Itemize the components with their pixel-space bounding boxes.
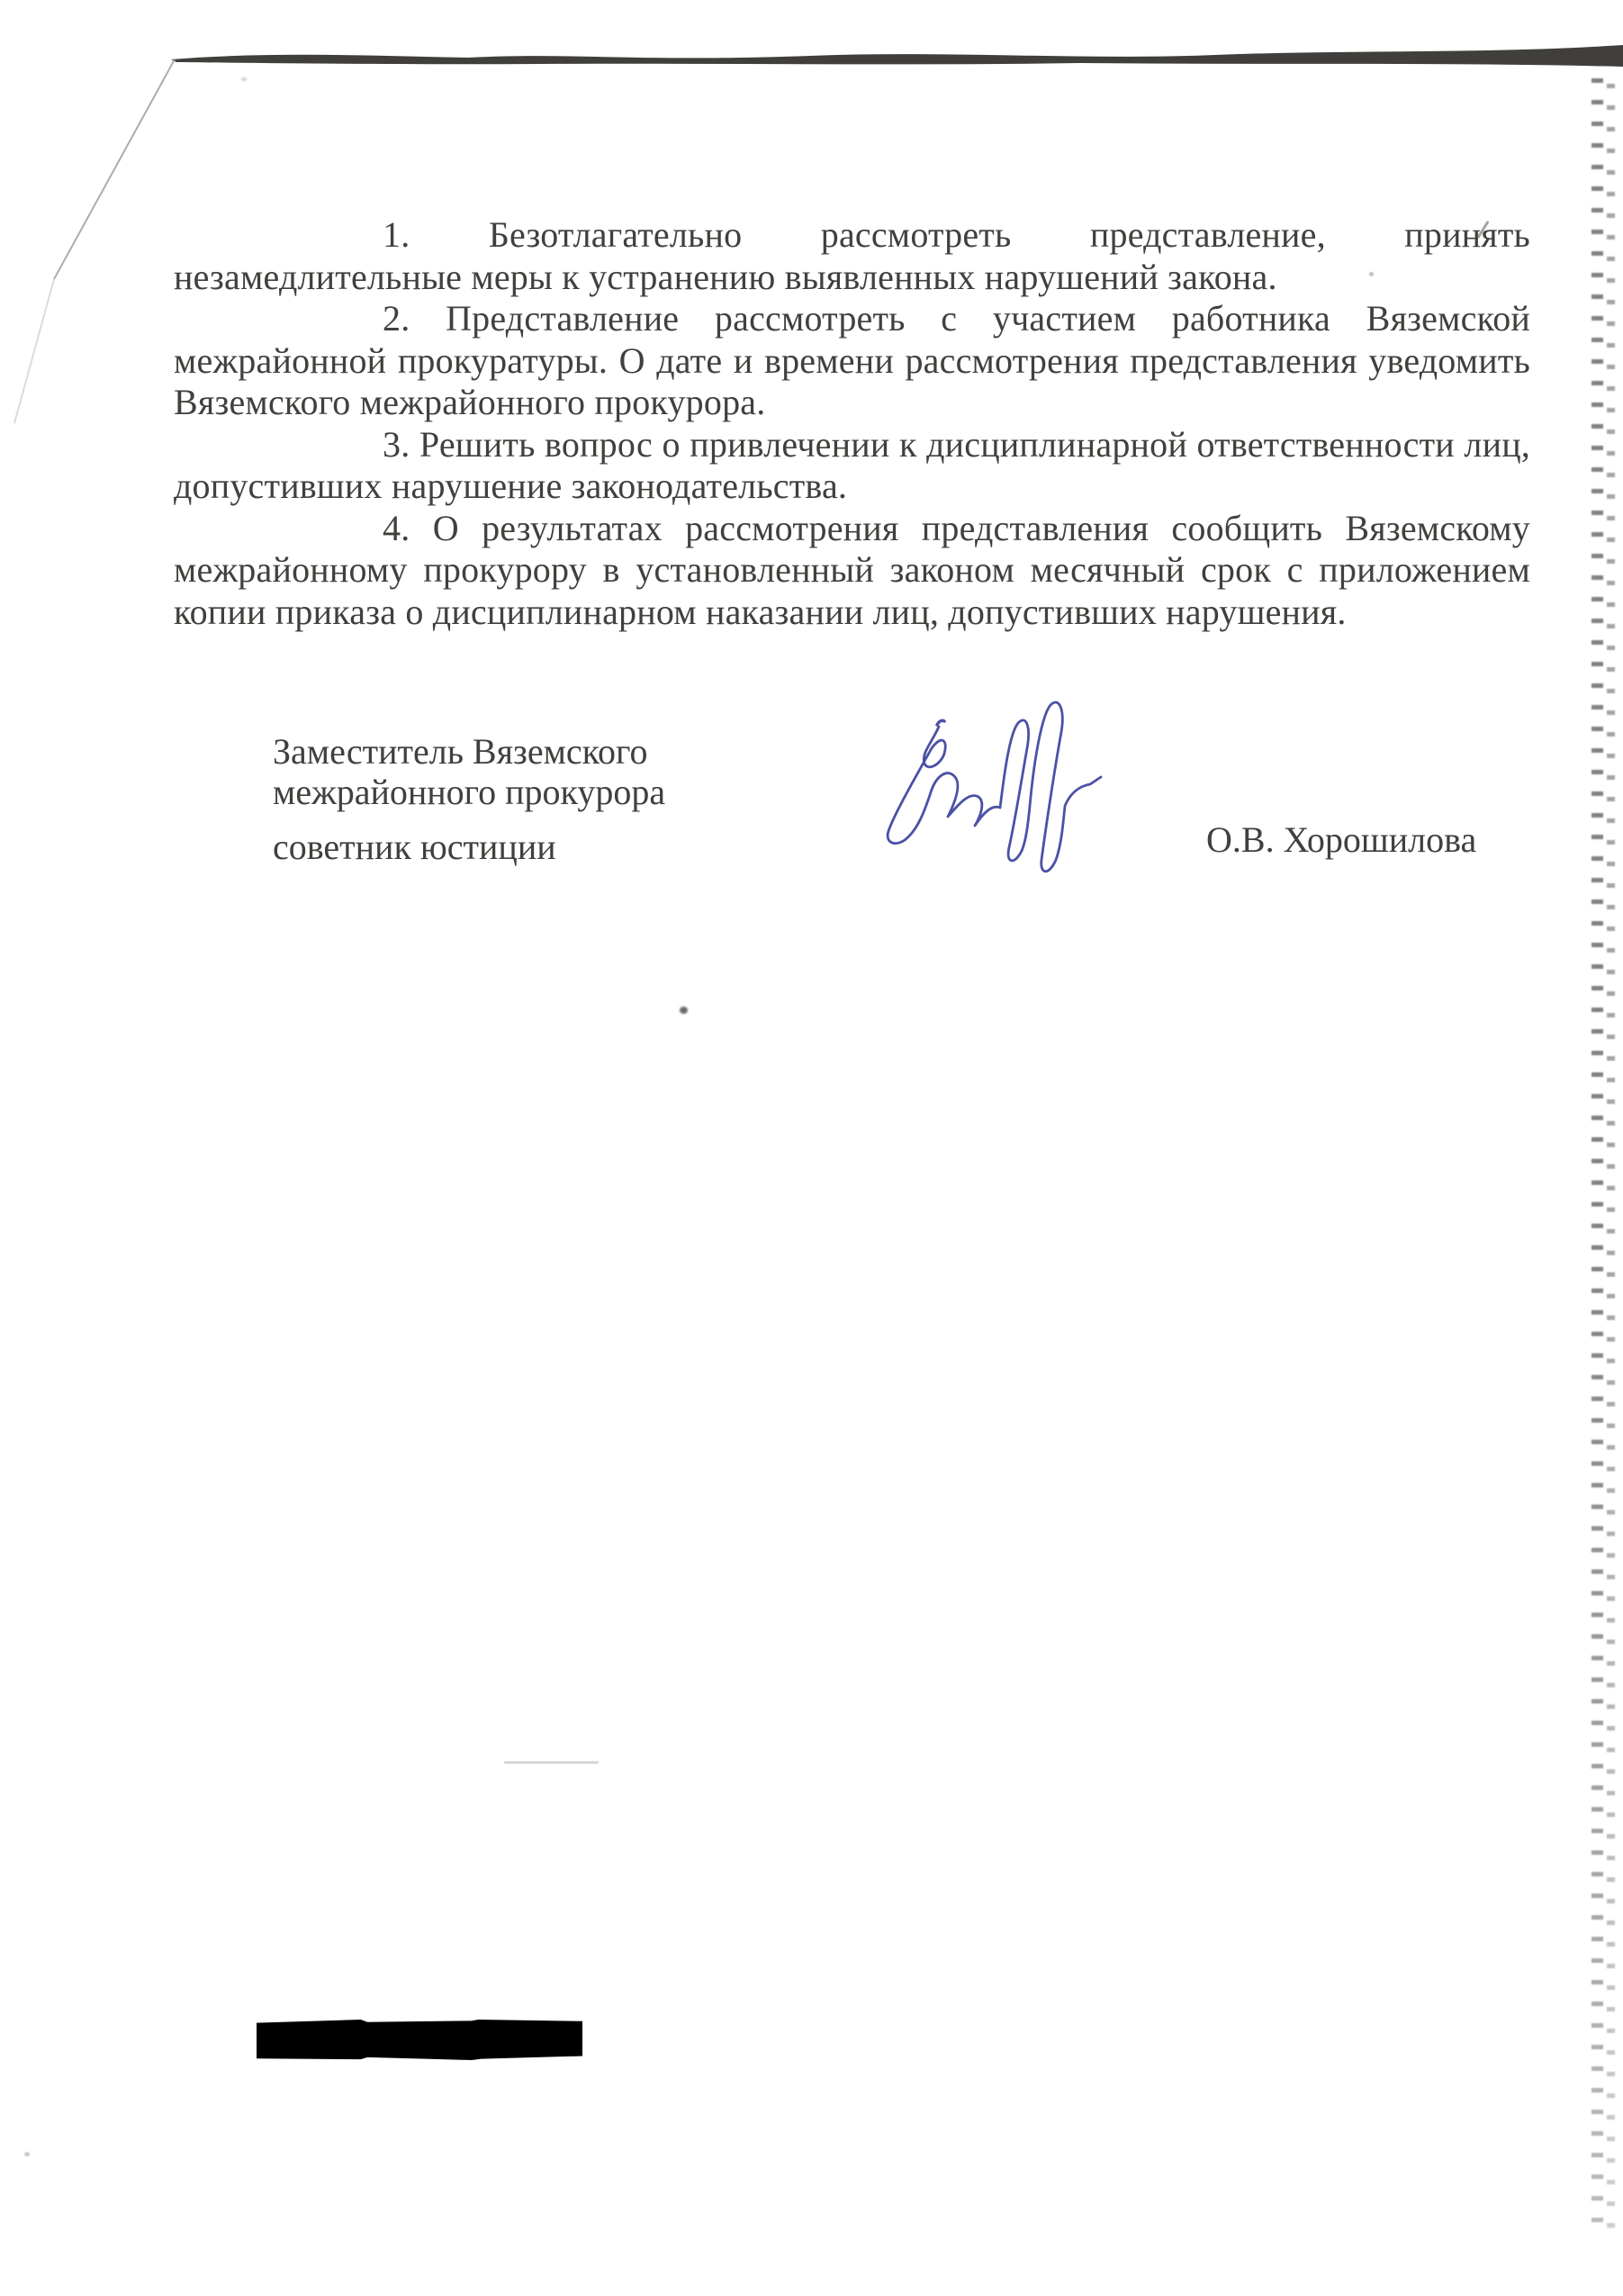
scan-speck [24, 2152, 30, 2156]
handwritten-signature [869, 671, 1166, 905]
paragraph-4: 4. О результатах рассмотрения представле… [174, 508, 1530, 634]
resolution-text-block: 1. Безотлагательно рассмотреть представл… [174, 214, 1530, 633]
signer-rank: советник юстиции [273, 827, 556, 867]
redaction-bar [257, 2020, 582, 2060]
signer-name: О.В. Хорошилова [1206, 819, 1476, 860]
binding-marks-fade [1584, 67, 1623, 2228]
faint-scan-dash [504, 1761, 599, 1764]
binding-holes-marks [1588, 67, 1618, 2228]
scan-speck [680, 1007, 688, 1014]
paragraph-2: 2. Представление рассмотреть с участием … [174, 298, 1530, 424]
signer-position-title: Заместитель Вяземского межрайонного прок… [273, 731, 665, 812]
paragraph-1: 1. Безотлагательно рассмотреть представл… [174, 214, 1530, 298]
paragraph-3: 3. Решить вопрос о привлечении к дисципл… [174, 424, 1530, 508]
scan-speck [241, 77, 247, 81]
scanned-document-page: 1. Безотлагательно рассмотреть представл… [0, 0, 1623, 2296]
